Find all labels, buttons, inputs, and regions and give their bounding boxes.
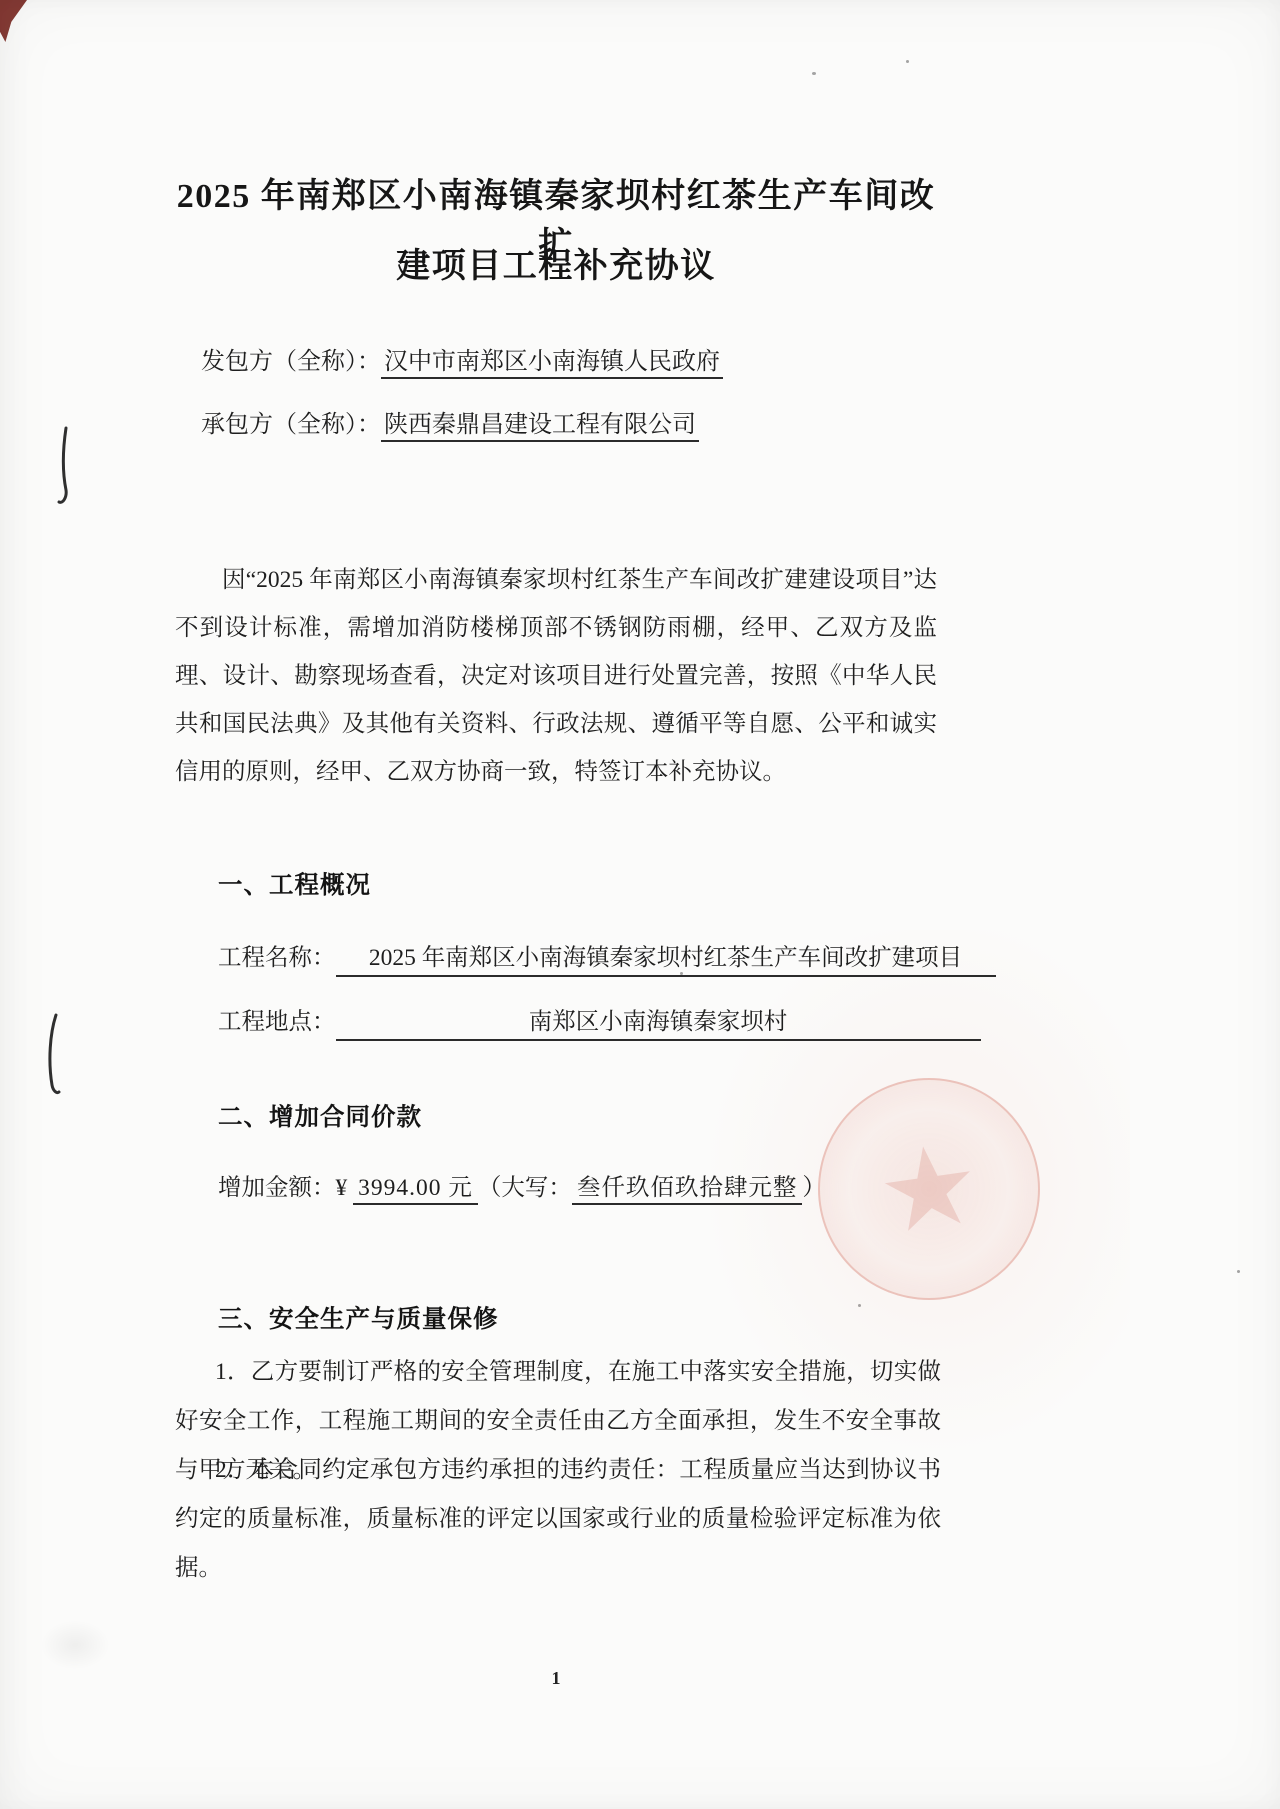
preamble-paragraph: 因“2025 年南郑区小南海镇秦家坝村红茶生产车间改扩建建设项目”达不到设计标准… — [175, 556, 937, 796]
page-number: 1 — [175, 1668, 937, 1689]
scanned-contract-page: { "document": { "title": { "line1": "202… — [0, 0, 1280, 1809]
party-employer-label: 发包方（全称）： — [201, 349, 381, 375]
scan-smudge — [40, 1620, 110, 1670]
section-price-heading: 二、增加合同价款 — [218, 1098, 422, 1133]
safety-clause-2: 2．本合同约定承包方违约承担的违约责任：工程质量应当达到协议书约定的质量标准，质… — [175, 1446, 941, 1593]
scan-pen-stroke-artifact — [57, 426, 73, 510]
amount-in-words: 叁仟玖佰玖拾肆元整 — [572, 1175, 803, 1205]
project-location-label: 工程地点： — [218, 1009, 336, 1035]
project-name-value: 2025 年南郑区小南海镇秦家坝村红茶生产车间改扩建项目 — [336, 938, 996, 977]
section-overview-heading: 一、工程概况 — [218, 866, 371, 901]
amount-words-open: （大写： — [478, 1175, 572, 1201]
party-employer-value: 汉中市南郑区小南海镇人民政府 — [381, 349, 723, 379]
amount-words-close: ） — [802, 1175, 826, 1201]
document-title-line2: 建项目工程补充协议 — [175, 238, 937, 287]
project-location-value: 南郑区小南海镇秦家坝村 — [336, 1002, 981, 1041]
project-name-row: 工程名称：2025 年南郑区小南海镇秦家坝村红茶生产车间改扩建项目 — [218, 938, 996, 977]
added-amount-value: 3994.00 元 — [353, 1175, 478, 1205]
added-amount-label: 增加金额：¥ — [218, 1175, 347, 1201]
document-content: 2025 年南郑区小南海镇秦家坝村红茶生产车间改扩 建项目工程补充协议 发包方（… — [175, 0, 937, 1809]
party-contractor-row: 承包方（全称）：陕西秦鼎昌建设工程有限公司 — [201, 404, 699, 439]
project-location-row: 工程地点：南郑区小南海镇秦家坝村 — [218, 1002, 981, 1041]
section-safety-heading: 三、安全生产与质量保修 — [218, 1300, 499, 1335]
scan-pen-stroke-artifact — [45, 1013, 63, 1097]
party-contractor-value: 陕西秦鼎昌建设工程有限公司 — [381, 412, 699, 442]
scan-speck — [1237, 1270, 1240, 1273]
added-amount-row: 增加金额：¥ 3994.00 元（大写：叁仟玖佰玖拾肆元整） — [218, 1168, 826, 1202]
party-contractor-label: 承包方（全称）： — [201, 412, 381, 438]
scan-corner-fold-mark — [0, 0, 27, 42]
party-employer-row: 发包方（全称）：汉中市南郑区小南海镇人民政府 — [201, 341, 723, 376]
project-name-label: 工程名称： — [218, 945, 336, 971]
